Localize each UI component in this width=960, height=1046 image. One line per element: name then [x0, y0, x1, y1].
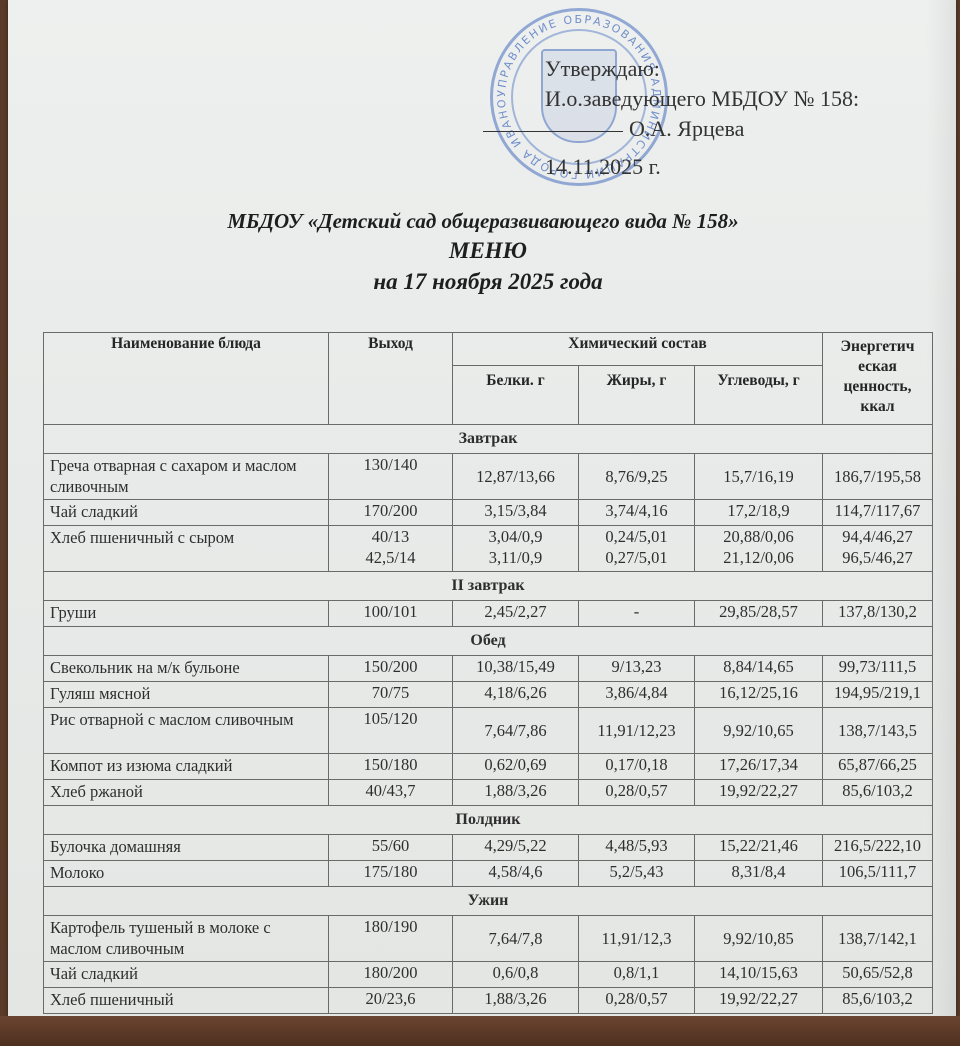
- section-title: II завтрак: [44, 572, 933, 601]
- cell-yield: 170/200: [329, 500, 453, 526]
- cell-value: 40/13: [335, 526, 446, 547]
- cell-protein: 3,04/0,93,11/0,9: [453, 526, 579, 572]
- column-header-name: Наименование блюда: [44, 333, 329, 425]
- cell-name: Хлеб пшеничный с сыром: [44, 526, 329, 572]
- column-header-carbs: Углеводы, г: [695, 366, 823, 425]
- cell-fat: 0,28/0,57: [579, 988, 695, 1014]
- cell-yield: 70/75: [329, 682, 453, 708]
- cell-protein: 10,38/15,49: [453, 656, 579, 682]
- cell-energy: 194,95/219,1: [823, 682, 933, 708]
- cell-energy: 186,7/195,58: [823, 454, 933, 500]
- cell-yield: 40/1342,5/14: [329, 526, 453, 572]
- cell-protein: 4,29/5,22: [453, 835, 579, 861]
- cell-fat: -: [579, 601, 695, 627]
- cell-yield: 150/180: [329, 754, 453, 780]
- cell-protein: 3,15/3,84: [453, 500, 579, 526]
- cell-protein: 0,62/0,69: [453, 754, 579, 780]
- cell-value: 0,24/5,01: [585, 526, 688, 547]
- cell-fat: 4,48/5,93: [579, 835, 695, 861]
- section-header-row: Ужин: [44, 887, 933, 916]
- cell-name: Чай сладкий: [44, 500, 329, 526]
- signature-row: О.А. Ярцева: [483, 114, 859, 144]
- table-surface-background: [0, 1016, 960, 1046]
- cell-value-alt: 21,12/0,06: [701, 547, 816, 568]
- table-row: Хлеб пшеничный с сыром40/1342,5/143,04/0…: [44, 526, 933, 572]
- cell-energy: 106,5/111,7: [823, 861, 933, 887]
- cell-energy: 114,7/117,67: [823, 500, 933, 526]
- section-title: Обед: [44, 627, 933, 656]
- cell-name: Молоко: [44, 861, 329, 887]
- cell-carbs: 8,31/8,4: [695, 861, 823, 887]
- energy-header-line: еская: [829, 357, 926, 377]
- menu-document: УПРАВЛЕНИЕ ОБРАЗОВАНИЯ АДМИНИСТРАЦИИ ГОР…: [8, 0, 956, 1028]
- cell-yield: 150/200: [329, 656, 453, 682]
- cell-carbs: 8,84/14,65: [695, 656, 823, 682]
- cell-fat: 0,28/0,57: [579, 780, 695, 806]
- cell-carbs: 9,92/10,65: [695, 708, 823, 754]
- table-row: Компот из изюма сладкий150/1800,62/0,690…: [44, 754, 933, 780]
- cell-carbs: 29,85/28,57: [695, 601, 823, 627]
- cell-yield: 20/23,6: [329, 988, 453, 1014]
- approval-heading: Утверждаю:: [545, 54, 859, 84]
- cell-value-alt: 3,11/0,9: [459, 547, 572, 568]
- cell-fat: 0,24/5,010,27/5,01: [579, 526, 695, 572]
- cell-name: Компот из изюма сладкий: [44, 754, 329, 780]
- cell-yield: 105/120: [329, 708, 453, 754]
- organization-name: МБДОУ «Детский сад общеразвивающего вида…: [0, 206, 960, 236]
- cell-energy: 85,6/103,2: [823, 988, 933, 1014]
- section-title: Завтрак: [44, 425, 933, 454]
- cell-name: Булочка домашняя: [44, 835, 329, 861]
- table-row: Хлеб ржаной40/43,71,88/3,260,28/0,5719,9…: [44, 780, 933, 806]
- cell-yield: 55/60: [329, 835, 453, 861]
- cell-yield: 130/140: [329, 454, 453, 500]
- document-titles: МБДОУ «Детский сад общеразвивающего вида…: [8, 206, 960, 298]
- section-header-row: II завтрак: [44, 572, 933, 601]
- cell-protein: 7,64/7,86: [453, 708, 579, 754]
- cell-fat: 0,17/0,18: [579, 754, 695, 780]
- cell-value: 94,4/46,27: [829, 526, 926, 547]
- column-header-chemical: Химический состав: [453, 333, 823, 366]
- cell-yield: 100/101: [329, 601, 453, 627]
- signature-line: [483, 131, 623, 132]
- cell-value: 20,88/0,06: [701, 526, 816, 547]
- cell-value-alt: 0,27/5,01: [585, 547, 688, 568]
- column-header-energy: Энергетич еская ценность, ккал: [823, 333, 933, 425]
- energy-header-line: ценность,: [829, 377, 926, 397]
- cell-yield: 175/180: [329, 861, 453, 887]
- cell-name: Картофель тушеный в молоке с маслом слив…: [44, 916, 329, 962]
- cell-value: 3,04/0,9: [459, 526, 572, 547]
- section-title: Ужин: [44, 887, 933, 916]
- cell-name: Рис отварной с маслом сливочным: [44, 708, 329, 754]
- cell-carbs: 19,92/22,27: [695, 988, 823, 1014]
- cell-fat: 3,74/4,16: [579, 500, 695, 526]
- cell-value-alt: 42,5/14: [335, 547, 446, 568]
- cell-name: Чай сладкий: [44, 962, 329, 988]
- column-header-yield: Выход: [329, 333, 453, 425]
- table-row: Греча отварная с сахаром и маслом сливоч…: [44, 454, 933, 500]
- cell-energy: 138,7/143,5: [823, 708, 933, 754]
- cell-fat: 11,91/12,23: [579, 708, 695, 754]
- cell-carbs: 15,7/16,19: [695, 454, 823, 500]
- cell-fat: 3,86/4,84: [579, 682, 695, 708]
- cell-protein: 7,64/7,8: [453, 916, 579, 962]
- cell-yield: 180/190: [329, 916, 453, 962]
- section-title: Полдник: [44, 806, 933, 835]
- table-row: Хлеб пшеничный20/23,61,88/3,260,28/0,571…: [44, 988, 933, 1014]
- cell-carbs: 15,22/21,46: [695, 835, 823, 861]
- approval-position: И.о.заведующего МБДОУ № 158:: [545, 84, 859, 114]
- cell-name: Гуляш мясной: [44, 682, 329, 708]
- cell-name: Хлеб пшеничный: [44, 988, 329, 1014]
- cell-protein: 1,88/3,26: [453, 988, 579, 1014]
- page-title: МЕНЮ: [8, 236, 960, 266]
- cell-name: Свекольник на м/к бульоне: [44, 656, 329, 682]
- cell-value-alt: 96,5/46,27: [829, 547, 926, 568]
- cell-carbs: 9,92/10,85: [695, 916, 823, 962]
- section-header-row: Полдник: [44, 806, 933, 835]
- cell-energy: 216,5/222,10: [823, 835, 933, 861]
- cell-protein: 0,6/0,8: [453, 962, 579, 988]
- cell-name: Греча отварная с сахаром и маслом сливоч…: [44, 454, 329, 500]
- cell-carbs: 19,92/22,27: [695, 780, 823, 806]
- approval-block: Утверждаю: И.о.заведующего МБДОУ № 158: …: [545, 54, 859, 182]
- cell-name: Хлеб ржаной: [44, 780, 329, 806]
- cell-fat: 8,76/9,25: [579, 454, 695, 500]
- table-row: Гуляш мясной70/754,18/6,263,86/4,8416,12…: [44, 682, 933, 708]
- cell-energy: 138,7/142,1: [823, 916, 933, 962]
- menu-table: Наименование блюда Выход Химический сост…: [43, 332, 933, 1014]
- cell-energy: 94,4/46,2796,5/46,27: [823, 526, 933, 572]
- cell-fat: 11,91/12,3: [579, 916, 695, 962]
- column-header-fat: Жиры, г: [579, 366, 695, 425]
- energy-header-line: Энергетич: [829, 337, 926, 357]
- cell-carbs: 14,10/15,63: [695, 962, 823, 988]
- cell-yield: 180/200: [329, 962, 453, 988]
- cell-fat: 0,8/1,1: [579, 962, 695, 988]
- cell-carbs: 17,2/18,9: [695, 500, 823, 526]
- cell-yield: 40/43,7: [329, 780, 453, 806]
- column-header-protein: Белки. г: [453, 366, 579, 425]
- menu-table-body: ЗавтракГреча отварная с сахаром и маслом…: [44, 425, 933, 1014]
- cell-energy: 50,65/52,8: [823, 962, 933, 988]
- table-row: Чай сладкий180/2000,6/0,80,8/1,114,10/15…: [44, 962, 933, 988]
- cell-carbs: 17,26/17,34: [695, 754, 823, 780]
- table-row: Рис отварной с маслом сливочным105/1207,…: [44, 708, 933, 754]
- cell-fat: 9/13,23: [579, 656, 695, 682]
- menu-date: на 17 ноября 2025 года: [8, 266, 960, 298]
- cell-carbs: 16,12/25,16: [695, 682, 823, 708]
- cell-energy: 99,73/111,5: [823, 656, 933, 682]
- cell-name: Груши: [44, 601, 329, 627]
- section-header-row: Обед: [44, 627, 933, 656]
- cell-protein: 4,58/4,6: [453, 861, 579, 887]
- cell-carbs: 20,88/0,0621,12/0,06: [695, 526, 823, 572]
- cell-fat: 5,2/5,43: [579, 861, 695, 887]
- approval-date: 14.11.2025 г.: [545, 152, 859, 182]
- signer-name: О.А. Ярцева: [629, 116, 744, 141]
- cell-protein: 2,45/2,27: [453, 601, 579, 627]
- table-row: Свекольник на м/к бульоне150/20010,38/15…: [44, 656, 933, 682]
- table-row: Чай сладкий170/2003,15/3,843,74/4,1617,2…: [44, 500, 933, 526]
- cell-protein: 4,18/6,26: [453, 682, 579, 708]
- cell-protein: 12,87/13,66: [453, 454, 579, 500]
- cell-energy: 85,6/103,2: [823, 780, 933, 806]
- cell-energy: 137,8/130,2: [823, 601, 933, 627]
- cell-energy: 65,87/66,25: [823, 754, 933, 780]
- table-row: Груши100/1012,45/2,27-29,85/28,57137,8/1…: [44, 601, 933, 627]
- energy-header-line: ккал: [829, 397, 926, 417]
- cell-protein: 1,88/3,26: [453, 780, 579, 806]
- table-row: Молоко175/1804,58/4,65,2/5,438,31/8,4106…: [44, 861, 933, 887]
- table-row: Булочка домашняя55/604,29/5,224,48/5,931…: [44, 835, 933, 861]
- section-header-row: Завтрак: [44, 425, 933, 454]
- table-row: Картофель тушеный в молоке с маслом слив…: [44, 916, 933, 962]
